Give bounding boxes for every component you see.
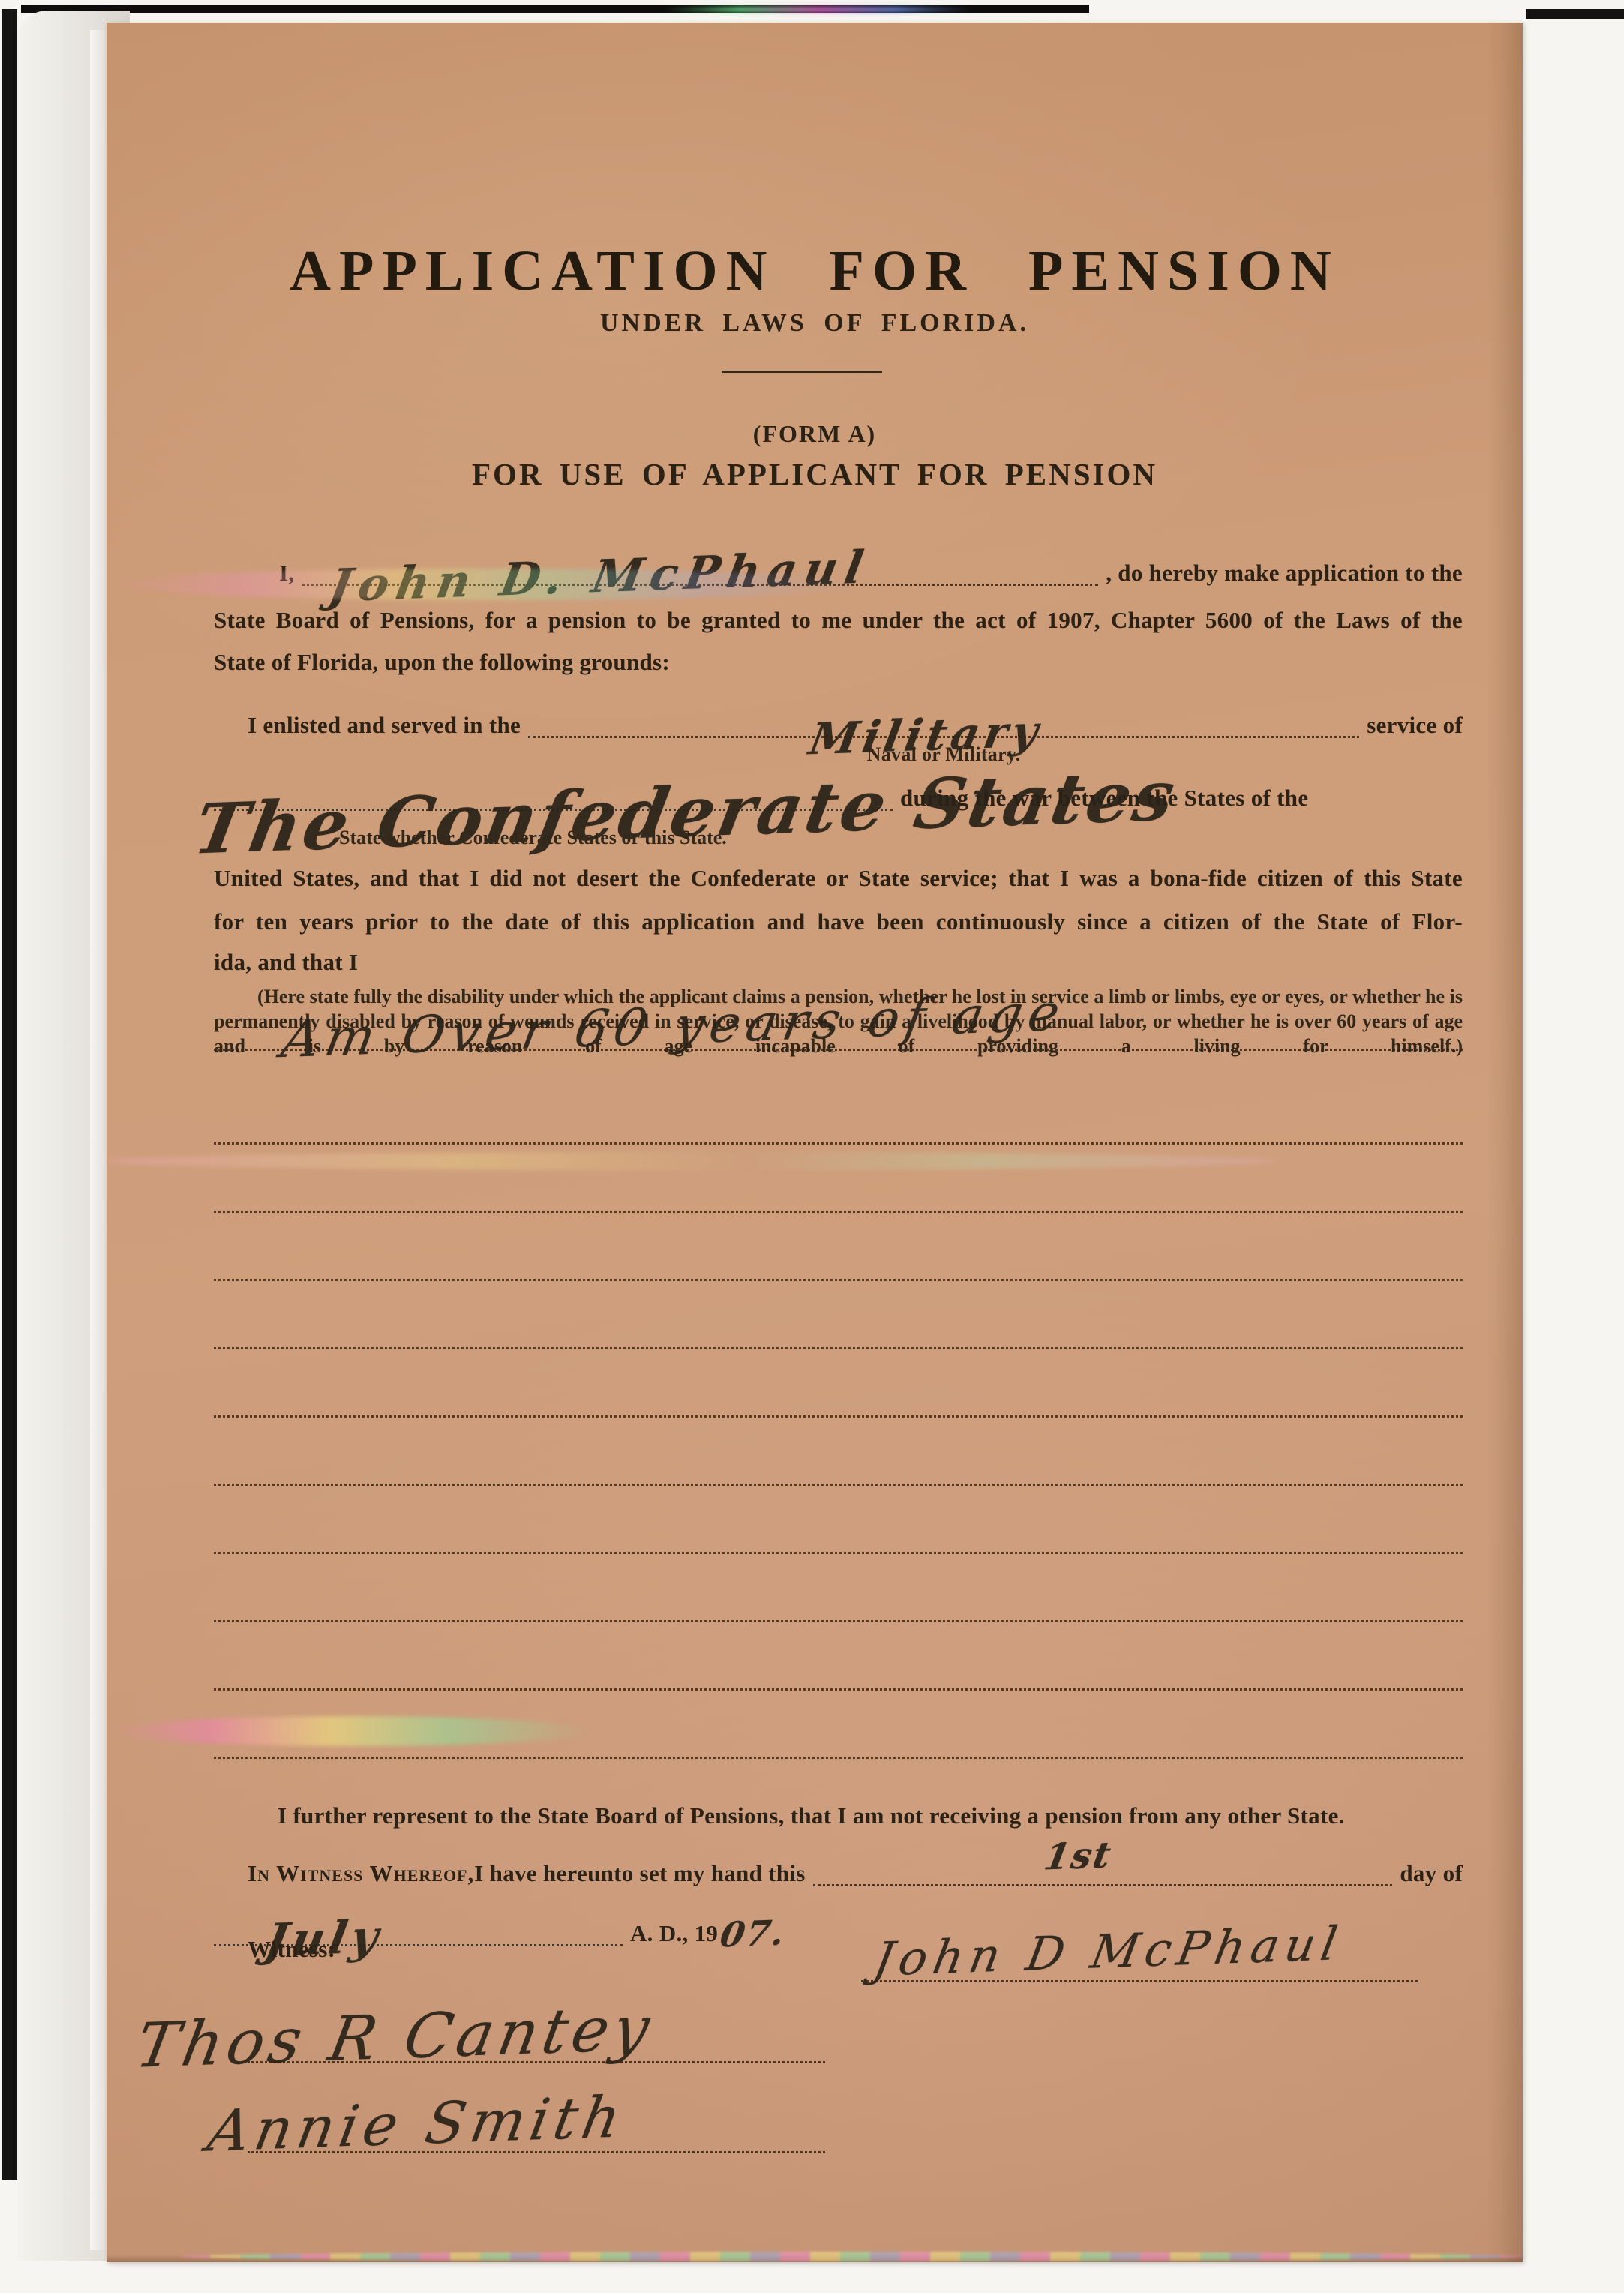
page-title: APPLICATION FOR PENSION <box>107 239 1523 304</box>
witness-label: Witness: <box>248 1934 335 1965</box>
day-blank: 1st <box>813 1857 1393 1886</box>
applicant-signature-line: John D McPhaul <box>861 1980 1418 1982</box>
witness-clause-line: In Witness Whereof, I have hereunto set … <box>248 1857 1463 1889</box>
form-use-heading: FOR USE OF APPLICANT FOR PENSION <box>107 456 1523 492</box>
opening-post: , do hereby make application to the <box>1106 557 1463 589</box>
opening-line-2: State Board of Pensions, for a pension t… <box>214 605 1463 636</box>
ruled-blank-line <box>214 1757 1463 1759</box>
day-handwritten: 1st <box>1042 1839 1115 1873</box>
blank-lines <box>214 1142 1463 1825</box>
paper-bottom-edge <box>107 2255 1523 2262</box>
body-line-ten-years: for ten years prior to the date of this … <box>214 906 1463 938</box>
year-handwritten: 07. <box>718 1917 788 1951</box>
enlistment-pre: I enlisted and served in the <box>248 710 521 741</box>
ruled-blank-line <box>214 1415 1463 1418</box>
enlistment-line: I enlisted and served in the Military Na… <box>248 709 1463 741</box>
ruled-blank-line <box>214 1142 1463 1145</box>
scanned-document-page: APPLICATION FOR PENSION UNDER LAWS OF FL… <box>0 0 1624 2293</box>
state-served-note: State whether Confederate States or this… <box>339 825 727 850</box>
ruled-blank-line <box>214 1688 1463 1691</box>
ad-label: A. D., 19 <box>630 1918 718 1949</box>
ruled-blank-line <box>214 1211 1463 1213</box>
ruled-blank-line <box>214 1552 1463 1554</box>
enlistment-post: service of <box>1367 710 1463 741</box>
scanner-edge-bar-top <box>21 5 1089 13</box>
witness2-signature-handwritten: Annie Smith <box>203 2083 631 2164</box>
witness2-signature-line: Annie Smith <box>248 2151 825 2153</box>
ruled-blank-line <box>214 1484 1463 1486</box>
page-subtitle: UNDER LAWS OF FLORIDA. <box>107 309 1523 338</box>
branch-blank: Military Naval or Military. <box>528 709 1359 738</box>
ruled-blank-line <box>214 1279 1463 1281</box>
scanner-edge-bar-top-right <box>1526 9 1624 19</box>
ruled-blank-line <box>214 1347 1463 1349</box>
applicant-name-blank: John D. McPhaul <box>302 557 1098 586</box>
state-served-blank: The Confederate States <box>214 782 893 811</box>
body-line-ida: ida, and that I <box>214 947 358 978</box>
form-label: (FORM A) <box>107 420 1523 448</box>
divider-rule <box>722 371 882 373</box>
ruled-blank-line <box>214 1620 1463 1622</box>
witness-clause-mid: I have hereunto set my hand this <box>474 1858 805 1889</box>
applicant-name-handwritten: John D. McPhaul <box>327 552 873 602</box>
disability-statement-line: Am Over 60 years of age <box>214 1049 1463 1051</box>
in-witness-whereof-label: In Witness Whereof, <box>248 1858 474 1889</box>
body-line-united: United States, and that I did not desert… <box>214 863 1463 894</box>
opening-line-3: State of Florida, upon the following gro… <box>214 647 670 678</box>
declaration-line: I further represent to the State Board o… <box>278 1800 1345 1832</box>
opening-pre: I, <box>279 557 294 589</box>
day-post: day of <box>1400 1858 1463 1889</box>
scanner-edge-bar-left <box>2 9 17 2180</box>
paper-fold-edge <box>1487 23 1523 2262</box>
witness1-signature-line: Thos R Cantey <box>248 2061 825 2063</box>
state-served-line: The Confederate States during the war be… <box>214 782 1463 814</box>
opening-line-1: I, John D. McPhaul , do hereby make appl… <box>279 557 1463 589</box>
